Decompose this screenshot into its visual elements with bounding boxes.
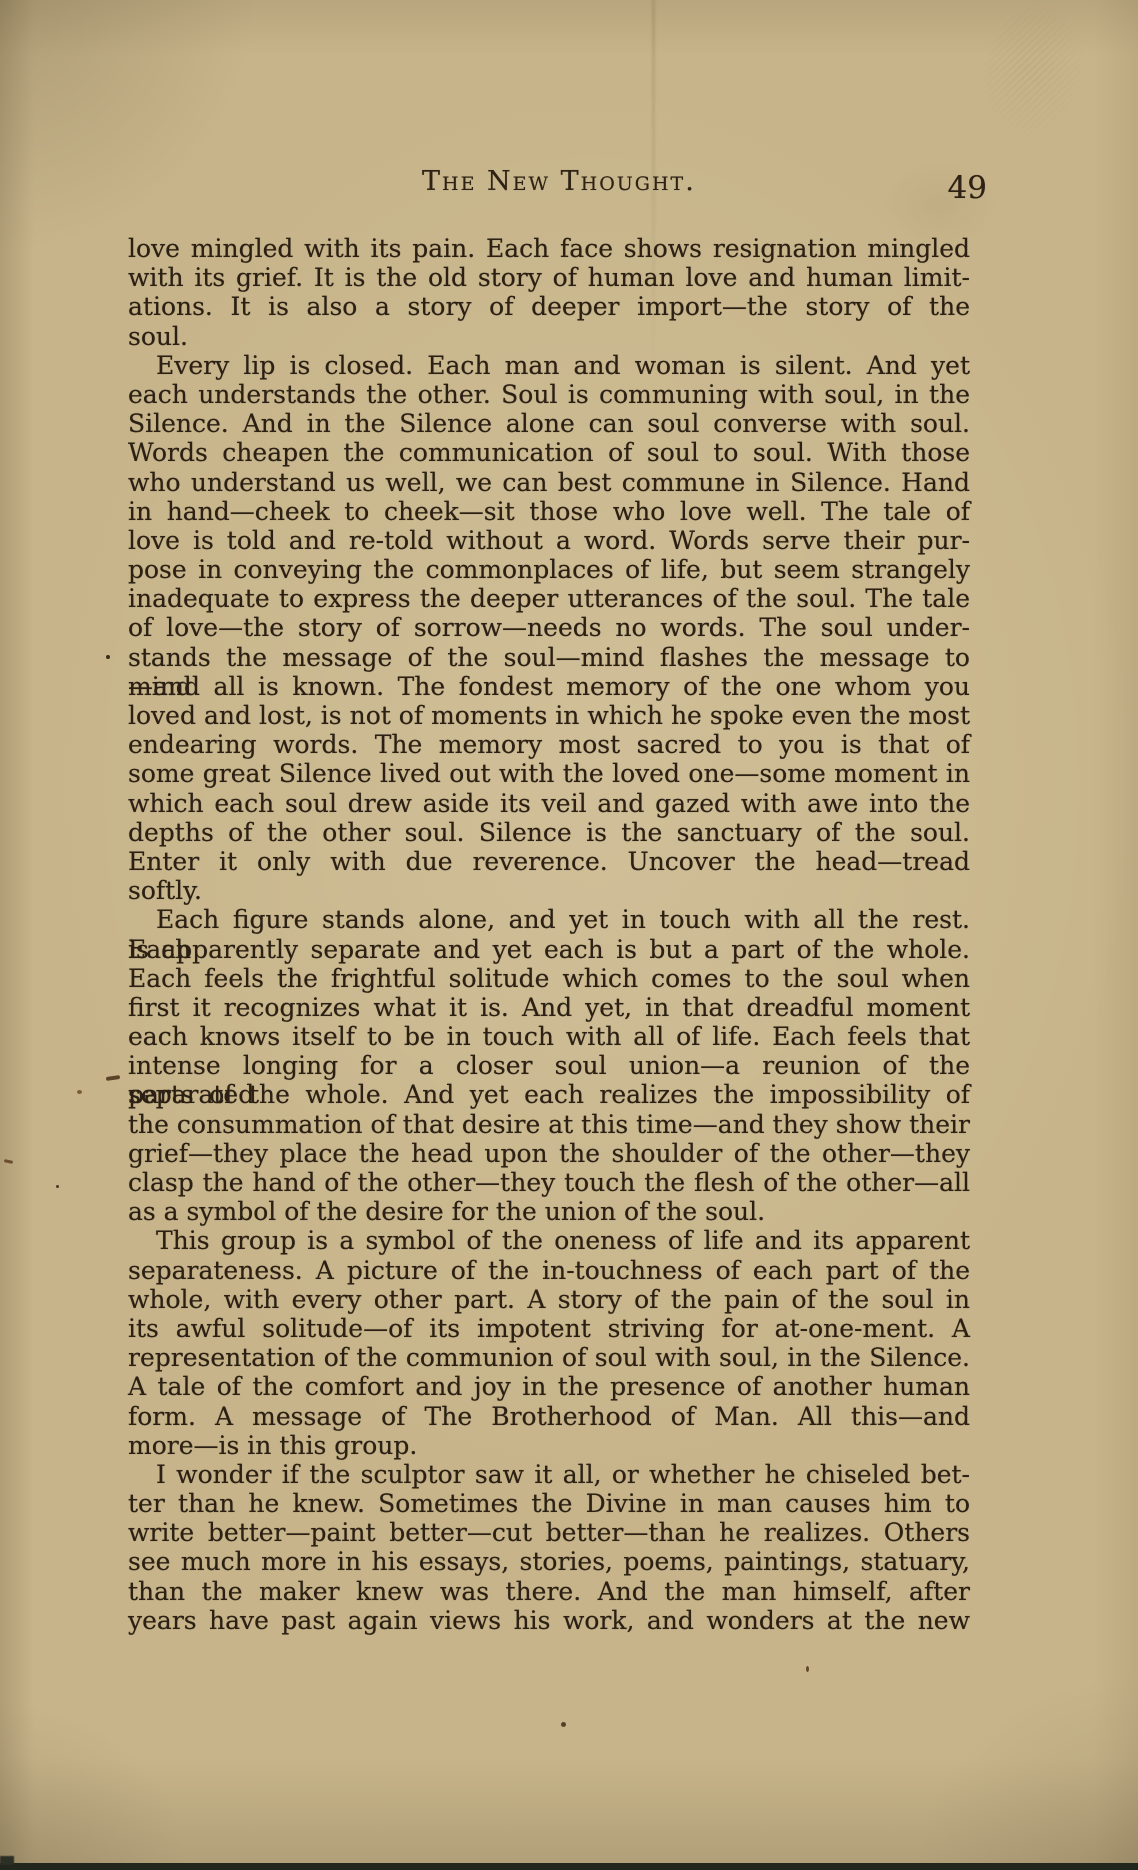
ink-speck (561, 1722, 566, 1727)
text-line: Words cheapen the communication of soul … (128, 438, 970, 467)
text-line: Enter it only with due reverence. Uncove… (128, 847, 970, 876)
running-header: The New Thought. (422, 166, 694, 197)
text-line: Each feels the frightful solitude which … (128, 964, 970, 993)
book-page: The New Thought. 49 love mingled with it… (0, 0, 1138, 1870)
text-line: than the maker knew was there. And the m… (128, 1577, 970, 1606)
text-line: depths of the other soul. Silence is the… (128, 818, 970, 847)
text-line: as a symbol of the desire for the union … (128, 1197, 970, 1226)
text-line: each understands the other. Soul is comm… (128, 380, 970, 409)
text-line: write better—paint better—cut better—tha… (128, 1518, 970, 1547)
text-line: of love—the story of sorrow—needs no wor… (128, 613, 970, 642)
text-line: softly. (128, 876, 970, 905)
page-number: 49 (948, 170, 987, 206)
text-line: loved and lost, is not of moments in whi… (128, 701, 970, 730)
text-line: its awful solitude—of its impotent striv… (128, 1314, 970, 1343)
text-line: representation of the communion of soul … (128, 1343, 970, 1372)
text-line: ter than he knew. Sometimes the Divine i… (128, 1489, 970, 1518)
ink-speck (106, 655, 110, 659)
ink-speck (4, 1159, 13, 1164)
text-line: —and all is known. The fondest memory of… (128, 672, 970, 701)
text-line: which each soul drew aside its veil and … (128, 789, 970, 818)
text-line: ations. It is also a story of deeper imp… (128, 292, 970, 321)
text-line: A tale of the comfort and joy in the pre… (128, 1372, 970, 1401)
text-line: Each figure stands alone, and yet in tou… (128, 905, 970, 934)
ink-speck (56, 1185, 59, 1188)
text-line: parts of the whole. And yet each realize… (128, 1080, 970, 1109)
text-line: who understand us well, we can best comm… (128, 468, 970, 497)
paragraph: love mingled with its pain. Each face sh… (128, 234, 970, 351)
text-line: with its grief. It is the old story of h… (128, 263, 970, 292)
ink-speck (77, 1090, 82, 1094)
text-line: in hand—cheek to cheek—sit those who lov… (128, 497, 970, 526)
text-line: each knows itself to be in touch with al… (128, 1022, 970, 1051)
scan-bottom-edge-notch (0, 1856, 14, 1865)
text-line: see much more in his essays, stories, po… (128, 1547, 970, 1576)
text-line: whole, with every other part. A story of… (128, 1285, 970, 1314)
scan-bottom-edge (0, 1863, 1138, 1870)
paragraph: This group is a symbol of the oneness of… (128, 1226, 970, 1460)
text-line: more—is in this group. (128, 1431, 970, 1460)
text-line: love mingled with its pain. Each face sh… (128, 234, 970, 263)
text-line: form. A message of The Brotherhood of Ma… (128, 1402, 970, 1431)
text-line: grief—they place the head upon the shoul… (128, 1139, 970, 1168)
fingerprint-smudge (976, 0, 1094, 147)
text-line: I wonder if the sculptor saw it all, or … (128, 1460, 970, 1489)
text-line: Every lip is closed. Each man and woman … (128, 351, 970, 380)
text-line: the consummation of that desire at this … (128, 1110, 970, 1139)
text-line: This group is a symbol of the oneness of… (128, 1226, 970, 1255)
text-line: endearing words. The memory most sacred … (128, 730, 970, 759)
paragraph: I wonder if the sculptor saw it all, or … (128, 1460, 970, 1635)
text-line: soul. (128, 322, 970, 351)
page-text: love mingled with its pain. Each face sh… (128, 234, 970, 1635)
text-line: pose in conveying the commonplaces of li… (128, 555, 970, 584)
text-line: Silence. And in the Silence alone can so… (128, 409, 970, 438)
text-line: first it recognizes what it is. And yet,… (128, 993, 970, 1022)
paragraph: Each figure stands alone, and yet in tou… (128, 905, 970, 1226)
ink-speck (106, 1075, 120, 1081)
text-line: love is told and re-told without a word.… (128, 526, 970, 555)
text-line: is apparently separate and yet each is b… (128, 935, 970, 964)
ink-speck (806, 1666, 809, 1672)
text-line: years have past again views his work, an… (128, 1606, 970, 1635)
text-line: clasp the hand of the other—they touch t… (128, 1168, 970, 1197)
text-line: stands the message of the soul—mind flas… (128, 643, 970, 672)
text-line: separateness. A picture of the in-touchn… (128, 1256, 970, 1285)
paragraph: Every lip is closed. Each man and woman … (128, 351, 970, 906)
text-line: inadequate to express the deeper utteran… (128, 584, 970, 613)
text-line: some great Silence lived out with the lo… (128, 759, 970, 788)
text-line: intense longing for a closer soul union—… (128, 1051, 970, 1080)
